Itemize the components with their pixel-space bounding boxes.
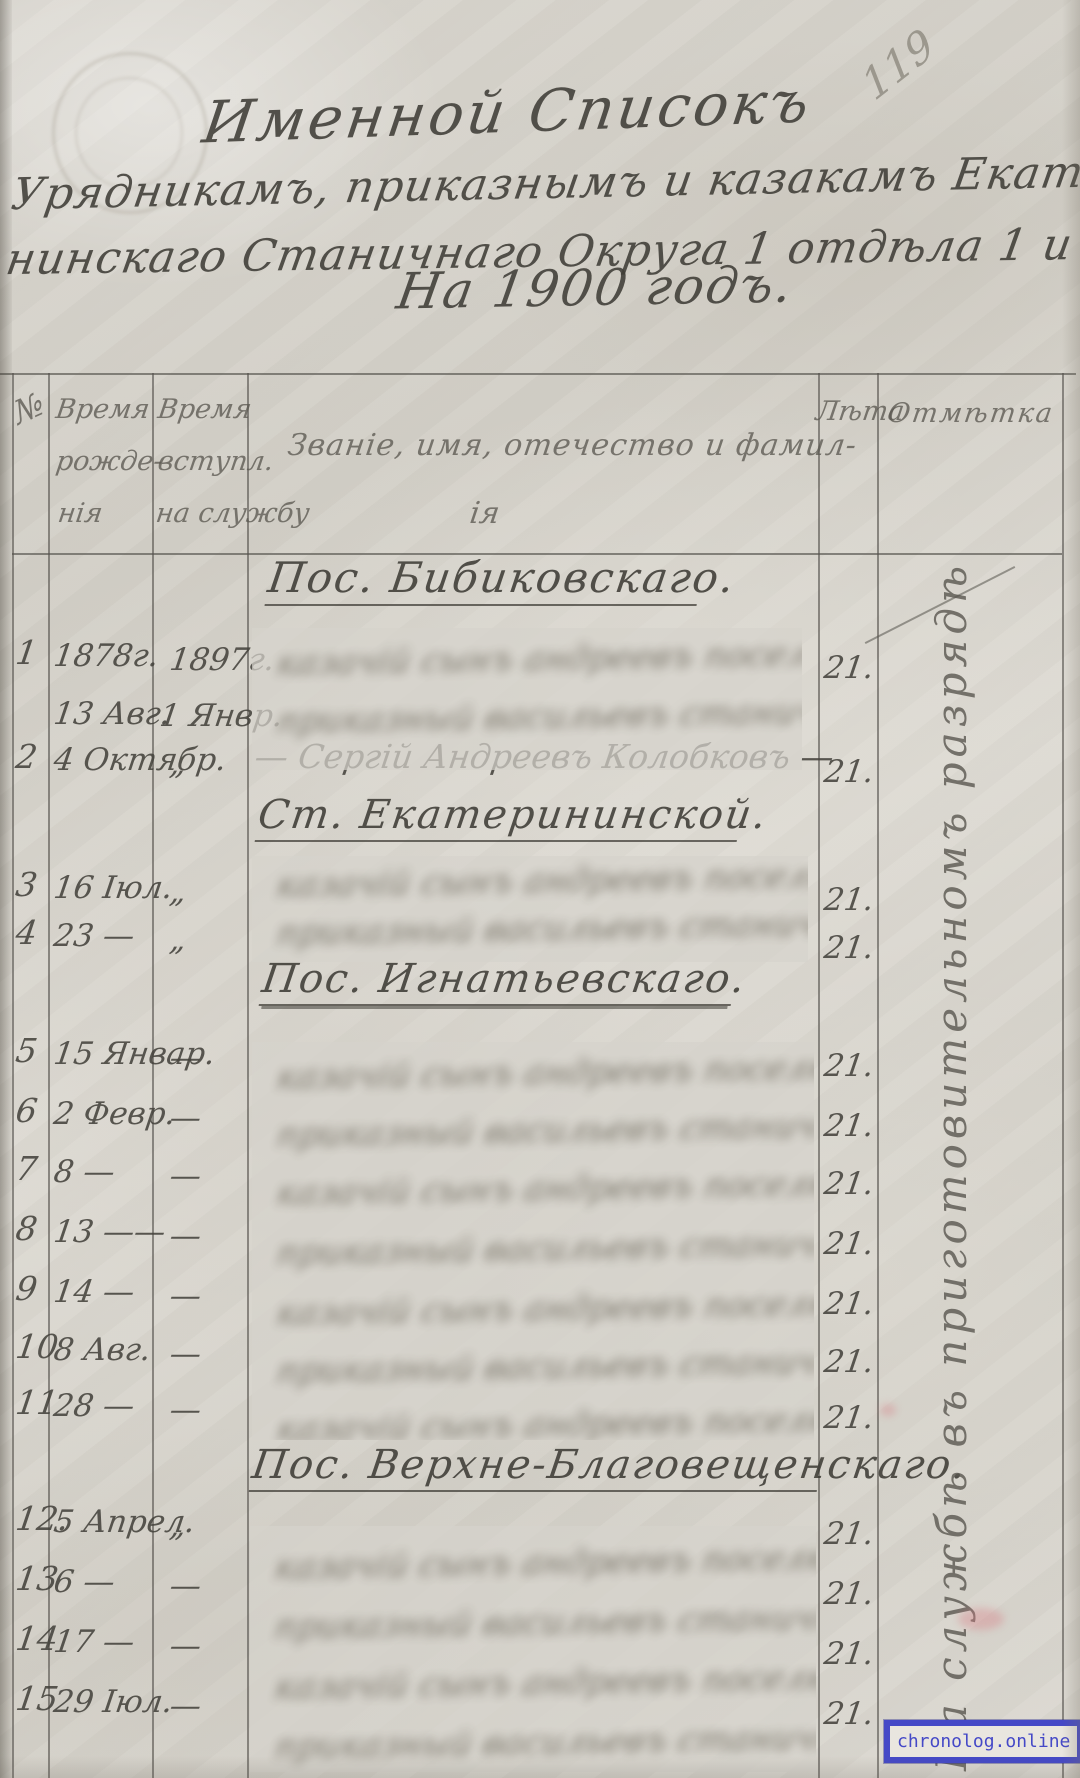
row-number: 3 — [14, 868, 53, 903]
row-number: 15 — [14, 1682, 53, 1717]
row-birth-date: 13 —— — [52, 1216, 168, 1249]
watermark-text: chronolog.online — [890, 1726, 1077, 1757]
row-number: 1 — [14, 636, 53, 671]
scan-edge-left — [0, 0, 12, 1778]
row-service-date: „ — [168, 924, 189, 957]
col-header-entered-line2: вступл. — [156, 448, 275, 476]
redacted-name-line: казачій сынъ андреевъ поселковый — [272, 1656, 816, 1707]
redacted-name-line: приказный васильевъ станичникъ — [272, 1597, 816, 1648]
row-number: 2 — [14, 740, 53, 775]
row-birth-date: 8 — — [52, 1156, 117, 1189]
row-birth-date: 4 Октябр. — [52, 744, 229, 777]
redacted-name-line: приказный васильевъ станичникъ — [274, 691, 802, 742]
pink-smudge-1 — [958, 1608, 1004, 1630]
section-heading: Пос. Бибиковскаго. — [264, 556, 703, 606]
section-heading: Ст. Екатерининской. — [255, 794, 744, 842]
col-header-entered-line3: на службу — [154, 500, 311, 528]
redacted-name-line: приказный васильевъ станичникъ — [274, 1105, 814, 1156]
col-header-born-line1: Время — [54, 396, 151, 424]
row-birth-date: 8 Авг. — [52, 1334, 153, 1367]
row-service-date: — — [168, 1690, 204, 1723]
col-header-name-line1: Званіе, имя, отечество и фамил- — [286, 430, 859, 462]
redacted-name-line: казачій сынъ андреевъ поселковый — [272, 1536, 816, 1587]
redacted-name-line: казачій сынъ андреевъ поселковый — [274, 1282, 814, 1333]
redacted-names-block: казачій сынъ андреевъ поселковыйприказны… — [252, 856, 808, 962]
redacted-name-line: приказный васильевъ станичникъ — [274, 1223, 814, 1274]
row-service-date: — — [168, 1394, 204, 1427]
col-rule-born — [152, 373, 154, 1778]
row-service-date: — — [168, 1630, 204, 1663]
redacted-name-line: казачій сынъ андреевъ поселковый — [274, 1046, 814, 1097]
col-header-number: № — [11, 386, 48, 431]
row-number: 4 — [14, 916, 53, 951]
row-service-date: — — [168, 1042, 204, 1075]
row-number: 10 — [14, 1330, 53, 1365]
row-service-date: — — [168, 1102, 204, 1135]
row-number: 11 — [14, 1386, 53, 1421]
section-heading: Пос. Верхне-Благовещенскаго. — [249, 1444, 824, 1492]
row-service-date: — — [168, 1570, 204, 1603]
doc-title-line-4: На 1900 годъ. — [393, 259, 797, 318]
row-service-date: — — [168, 1220, 204, 1253]
row-number: 8 — [14, 1212, 53, 1247]
table-top-rule — [0, 373, 1076, 375]
col-header-born-line3: нія — [56, 500, 104, 528]
row-number: 9 — [14, 1272, 53, 1307]
row-birth-date: 28 — — [52, 1390, 137, 1423]
section-heading: Пос. Игнатьевскаго. — [259, 958, 738, 1006]
page-number: 119 — [853, 19, 942, 110]
col-header-note: Отмѣтка — [886, 400, 1056, 428]
scan-edge-bottom — [0, 1756, 1080, 1778]
row-birth-date: 2 Февр. — [52, 1098, 178, 1131]
row-birth-date-line2: 13 Авг. — [52, 698, 173, 731]
redacted-names-block: казачій сынъ андреевъ поселковыйприказны… — [250, 1526, 816, 1772]
row-service-date: — — [168, 1280, 204, 1313]
scanned-archive-page: 119 Именной Списокъ Урядникамъ, приказны… — [0, 0, 1080, 1778]
row-birth-date: 6 — — [52, 1566, 117, 1599]
row-number: 14 — [14, 1622, 53, 1657]
row-birth-date: 1878г. — [52, 640, 161, 673]
row-birth-date: 14 — — [52, 1276, 137, 1309]
col-header-entered-line1: Время — [156, 396, 253, 424]
row-birth-date: 16 Іюл. — [52, 872, 175, 905]
doc-title-line-1: Именной Списокъ — [199, 71, 816, 153]
row-birth-date: 29 Іюл. — [52, 1686, 175, 1719]
row-service-date: — — [168, 1160, 204, 1193]
vertical-note-text: На службѣ въ приготовительномъ разрядѣ — [927, 561, 976, 1771]
row-number: 7 — [14, 1152, 53, 1187]
col-rule-entered — [247, 373, 249, 1778]
row-birth-date: 23 — — [52, 920, 137, 953]
redacted-name-line: казачій сынъ андреевъ поселковый — [274, 856, 808, 906]
row-number: 5 — [14, 1034, 53, 1069]
pink-smudge-2 — [880, 1404, 896, 1416]
redacted-names-block: казачій сынъ андреевъ поселковыйприказны… — [252, 1042, 814, 1440]
row-service-date: „ — [168, 876, 189, 909]
row-number: 12. — [14, 1502, 53, 1537]
row-service-date: — — [168, 1338, 204, 1371]
scan-edge-right — [1062, 0, 1080, 1778]
row-number: 13 — [14, 1562, 53, 1597]
table-border-left — [12, 373, 14, 1778]
redacted-name-line: казачій сынъ андреевъ поселковый — [274, 1398, 814, 1440]
redacted-name-line: казачій сынъ андреевъ поселковый — [274, 1162, 814, 1213]
row-birth-date: 17 — — [52, 1626, 137, 1659]
row-number: 6 — [14, 1094, 53, 1129]
col-header-name-line2: ія — [468, 498, 502, 530]
col-header-born-line2: рожде- — [54, 448, 164, 476]
redacted-name-line: приказный васильевъ станичникъ — [274, 1341, 814, 1392]
redacted-names-block: казачій сынъ андреевъ поселковыйприказны… — [252, 628, 802, 770]
vertical-note: На службѣ въ приготовительномъ разрядѣ — [846, 576, 1056, 1756]
redacted-name-line: приказный васильевъ станичникъ — [274, 903, 808, 954]
redacted-name-line: казачій сынъ андреевъ поселковый — [274, 632, 802, 683]
